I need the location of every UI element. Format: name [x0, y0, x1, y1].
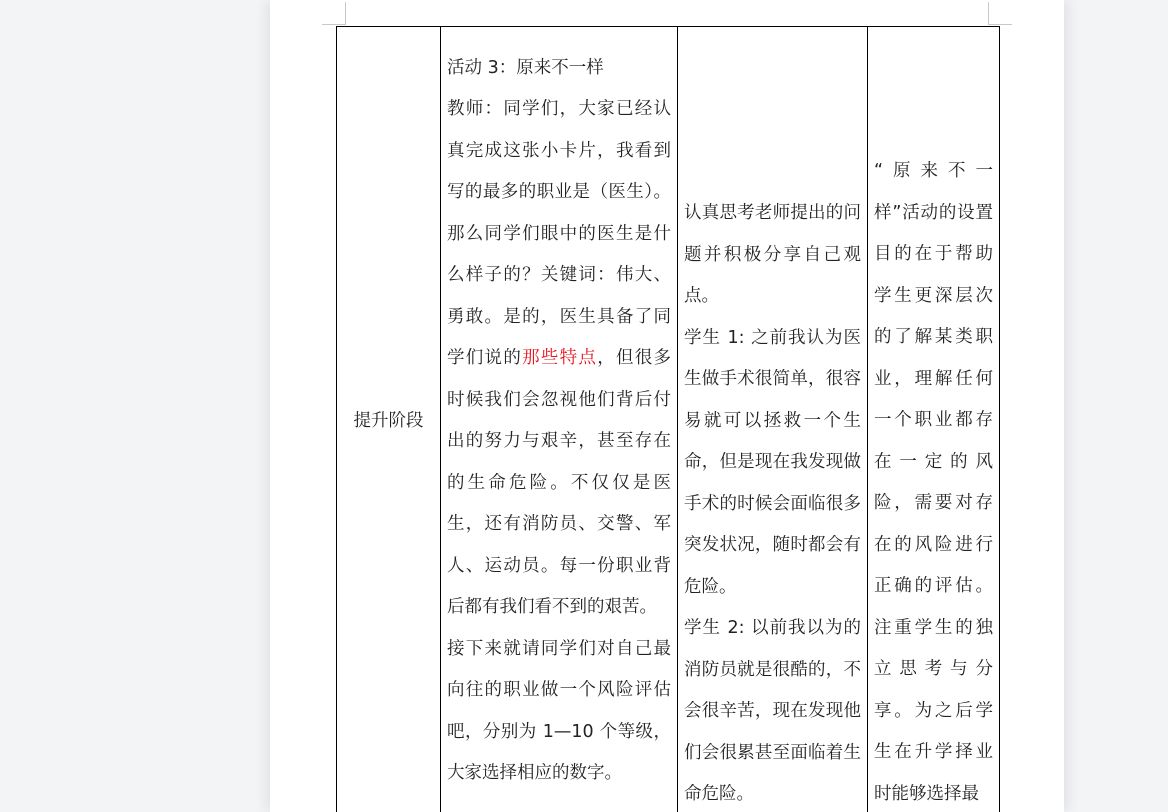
- document-page: 提升阶段 活动 3：原来不一样 教师：同学们，大家已经认真完成这张小卡片，我看到…: [270, 0, 1064, 812]
- lesson-plan-table: 提升阶段 活动 3：原来不一样 教师：同学们，大家已经认真完成这张小卡片，我看到…: [336, 26, 1000, 812]
- stage-cell[interactable]: 提升阶段: [337, 27, 441, 812]
- activity-title: 活动 3：原来不一样: [447, 48, 671, 90]
- teacher-paragraph: 教师：同学们，大家已经认真完成这张小卡片，我看到写的最多的职业是（医生）。那么同…: [447, 89, 671, 629]
- student-paragraph: 学生 1: 之前我认为医生做手术很简单，很容易就可以拯救一个生命，但是现在我发现…: [684, 318, 861, 609]
- cell-spacer: [874, 27, 993, 151]
- student-paragraph: 认真思考老师提出的问题并积极分享自己观点。: [684, 193, 861, 318]
- crop-mark-top-right: [988, 24, 1012, 25]
- crop-mark-top-left: [345, 2, 346, 25]
- student-paragraph: 学生 2: 以前我以为的消防员就是很酷的，不会很辛苦，现在发现他们会很累甚至面临…: [684, 608, 861, 812]
- cell-spacer: [684, 27, 861, 193]
- teacher-paragraph: 接下来就请同学们对自己最向往的职业做一个风险评估吧，分别为 1—10 个等级，大…: [447, 629, 671, 795]
- teacher-text: 教师：同学们，大家已经认真完成这张小卡片，我看到写的最多的职业是（医生）。那么同…: [447, 99, 671, 368]
- teacher-activity-cell[interactable]: 活动 3：原来不一样 教师：同学们，大家已经认真完成这张小卡片，我看到写的最多的…: [441, 27, 678, 812]
- crop-mark-top-right: [988, 2, 989, 25]
- crop-mark-top-left: [322, 24, 346, 25]
- table-row: 提升阶段 活动 3：原来不一样 教师：同学们，大家已经认真完成这张小卡片，我看到…: [337, 27, 1000, 812]
- student-activity-cell[interactable]: 认真思考老师提出的问题并积极分享自己观点。 学生 1: 之前我认为医生做手术很简…: [678, 27, 868, 812]
- stage-label: 提升阶段: [354, 411, 424, 431]
- highlighted-text: 那些特点: [522, 348, 597, 368]
- teacher-text: ，但很多时候我们会忽视他们背后付出的努力与艰辛，甚至存在的生命危险。不仅仅是医生…: [447, 348, 671, 617]
- design-intent-paragraph: “原来不一样”活动的设置目的在于帮助学生更深层次的了解某类职业，理解任何一个职业…: [874, 151, 993, 812]
- design-intent-cell[interactable]: “原来不一样”活动的设置目的在于帮助学生更深层次的了解某类职业，理解任何一个职业…: [868, 27, 1000, 812]
